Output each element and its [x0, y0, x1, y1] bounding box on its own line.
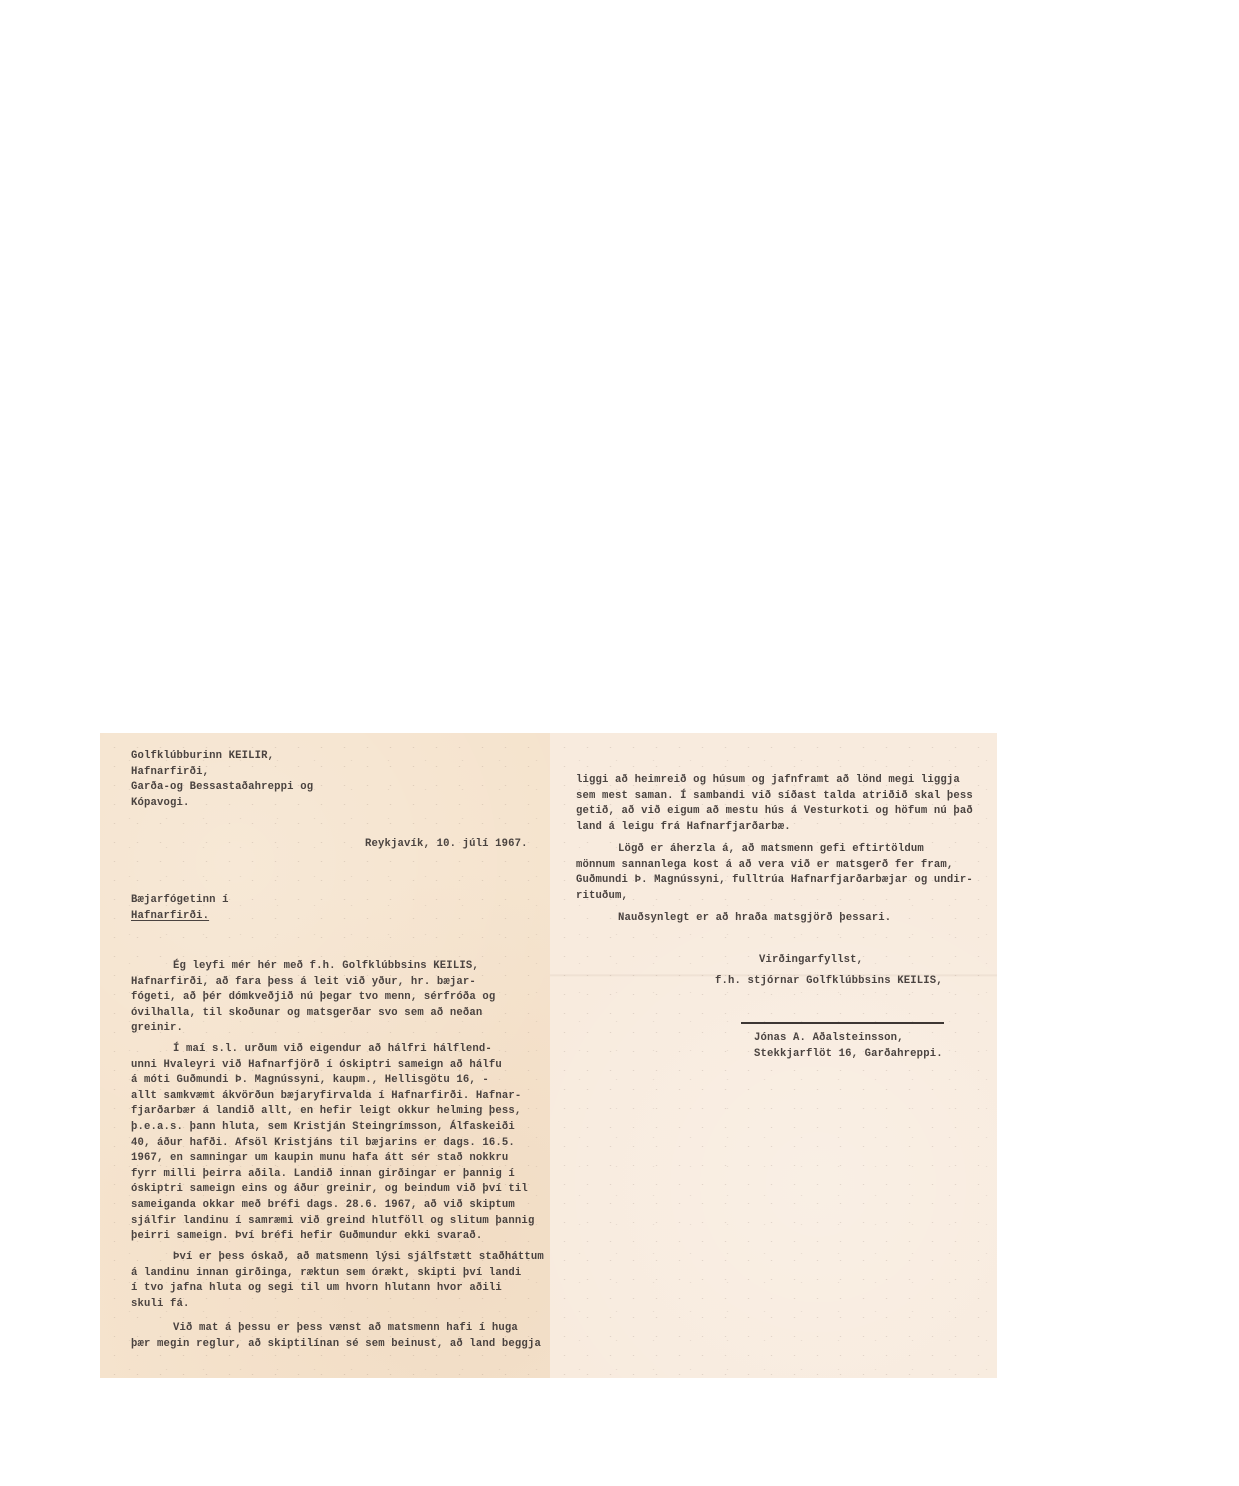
text-line: liggi að heimreið og húsum og jafnframt …	[576, 773, 986, 789]
text-line: óskiptri sameign eins og áður greinir, o…	[131, 1182, 541, 1198]
recipient-line-underlined: Hafnarfirði.	[131, 909, 229, 925]
text-line: sjálfir landinu í samræmi við greind hlu…	[131, 1214, 541, 1230]
text-line: Guðmundi Þ. Magnússyni, fulltrúa Hafnarf…	[576, 873, 986, 889]
text-line: land á leigu frá Hafnarfjarðarbæ.	[576, 820, 986, 836]
signer-address: Stekkjarflöt 16, Garðahreppi.	[754, 1047, 943, 1063]
text-line: fyrr milli þeirra aðila. Landið innan gi…	[131, 1167, 541, 1183]
letter-page-right: liggi að heimreið og húsum og jafnframt …	[550, 733, 997, 1378]
sender-address: Golfklúbburinn KEILIR, Hafnarfirði, Garð…	[131, 749, 313, 811]
signature-line	[741, 1022, 944, 1024]
closing-org-text: f.h. stjórnar Golfklúbbsins KEILIS,	[715, 974, 943, 990]
letter-page-left: Golfklúbburinn KEILIR, Hafnarfirði, Garð…	[100, 733, 550, 1378]
text-line: óvilhalla, til skoðunar og matsgerðar sv…	[131, 1006, 541, 1022]
text-line: mönnum sannanlega kost á að vera við er …	[576, 858, 986, 874]
text-line: sameiganda okkar með bréfi dags. 28.6. 1…	[131, 1198, 541, 1214]
text-line: greinir.	[131, 1021, 541, 1037]
letter-date: Reykjavík, 10. júlí 1967.	[365, 837, 528, 853]
text-line: fógeti, að þér dómkveðjið nú þegar tvo m…	[131, 990, 541, 1006]
closing-organization: f.h. stjórnar Golfklúbbsins KEILIS,	[715, 974, 943, 990]
body-paragraph-7: Nauðsynlegt er að hraða matsgjörð þessar…	[576, 911, 986, 927]
text-line: Ég leyfi mér hér með f.h. Golfklúbbsins …	[131, 959, 541, 975]
body-paragraph-5: liggi að heimreið og húsum og jafnframt …	[576, 773, 986, 835]
text-line: Nauðsynlegt er að hraða matsgjörð þessar…	[576, 911, 986, 927]
text-line: fjarðarbær á landið allt, en hefir leigt…	[131, 1104, 541, 1120]
text-line: getið, að við eigum að mestu hús á Vestu…	[576, 804, 986, 820]
sender-line: Hafnarfirði,	[131, 765, 313, 781]
text-line: þær megin reglur, að skiptilínan sé sem …	[131, 1337, 541, 1353]
scanned-letter: Golfklúbburinn KEILIR, Hafnarfirði, Garð…	[100, 733, 997, 1378]
sender-line: Golfklúbburinn KEILIR,	[131, 749, 313, 765]
text-line: rituðum,	[576, 889, 986, 905]
recipient-address: Bæjarfógetinn í Hafnarfirði.	[131, 893, 229, 924]
text-line: sem mest saman. Í sambandi við síðast ta…	[576, 789, 986, 805]
text-line: 40, áður hafði. Afsöl Kristjáns til bæja…	[131, 1136, 541, 1152]
text-line: þ.e.a.s. þann hluta, sem Kristján Steing…	[131, 1120, 541, 1136]
body-paragraph-2: Í maí s.l. urðum við eigendur að hálfri …	[131, 1042, 541, 1245]
text-line: Hafnarfirði, að fara þess á leit við yðu…	[131, 975, 541, 991]
text-line: skuli fá.	[131, 1297, 541, 1313]
sender-line: Garða-og Bessastaðahreppi og	[131, 780, 313, 796]
signer-name: Jónas A. Aðalsteinsson,	[754, 1031, 943, 1047]
recipient-line: Bæjarfógetinn í	[131, 893, 229, 909]
sender-line: Kópavogi.	[131, 796, 313, 812]
text-line: allt samkvæmt ákvörðun bæjaryfirvalda í …	[131, 1089, 541, 1105]
closing-text: Virðingarfyllst,	[759, 953, 863, 969]
text-line: á landinu innan girðinga, ræktun sem óræ…	[131, 1266, 541, 1282]
body-paragraph-3: Því er þess óskað, að matsmenn lýsi sjál…	[131, 1250, 541, 1312]
text-line: Lögð er áherzla á, að matsmenn gefi efti…	[576, 842, 986, 858]
text-line: Við mat á þessu er þess vænst að matsmen…	[131, 1321, 541, 1337]
signer-block: Jónas A. Aðalsteinsson, Stekkjarflöt 16,…	[754, 1031, 943, 1062]
text-line: unni Hvaleyri við Hafnarfjörð í óskiptri…	[131, 1058, 541, 1074]
body-paragraph-6: Lögð er áherzla á, að matsmenn gefi efti…	[576, 842, 986, 904]
closing-salutation: Virðingarfyllst,	[759, 953, 863, 969]
text-line: á móti Guðmundi Þ. Magnússyni, kaupm., H…	[131, 1073, 541, 1089]
body-paragraph-4: Við mat á þessu er þess vænst að matsmen…	[131, 1321, 541, 1352]
text-line: þeirri sameign. Því bréfi hefir Guðmundu…	[131, 1229, 541, 1245]
body-paragraph-1: Ég leyfi mér hér með f.h. Golfklúbbsins …	[131, 959, 541, 1037]
text-line: Því er þess óskað, að matsmenn lýsi sjál…	[131, 1250, 541, 1266]
text-line: 1967, en samningar um kaupin munu hafa á…	[131, 1151, 541, 1167]
text-line: í tvo jafna hluta og segi til um hvorn h…	[131, 1281, 541, 1297]
text-line: Í maí s.l. urðum við eigendur að hálfri …	[131, 1042, 541, 1058]
date-text: Reykjavík, 10. júlí 1967.	[365, 837, 528, 853]
